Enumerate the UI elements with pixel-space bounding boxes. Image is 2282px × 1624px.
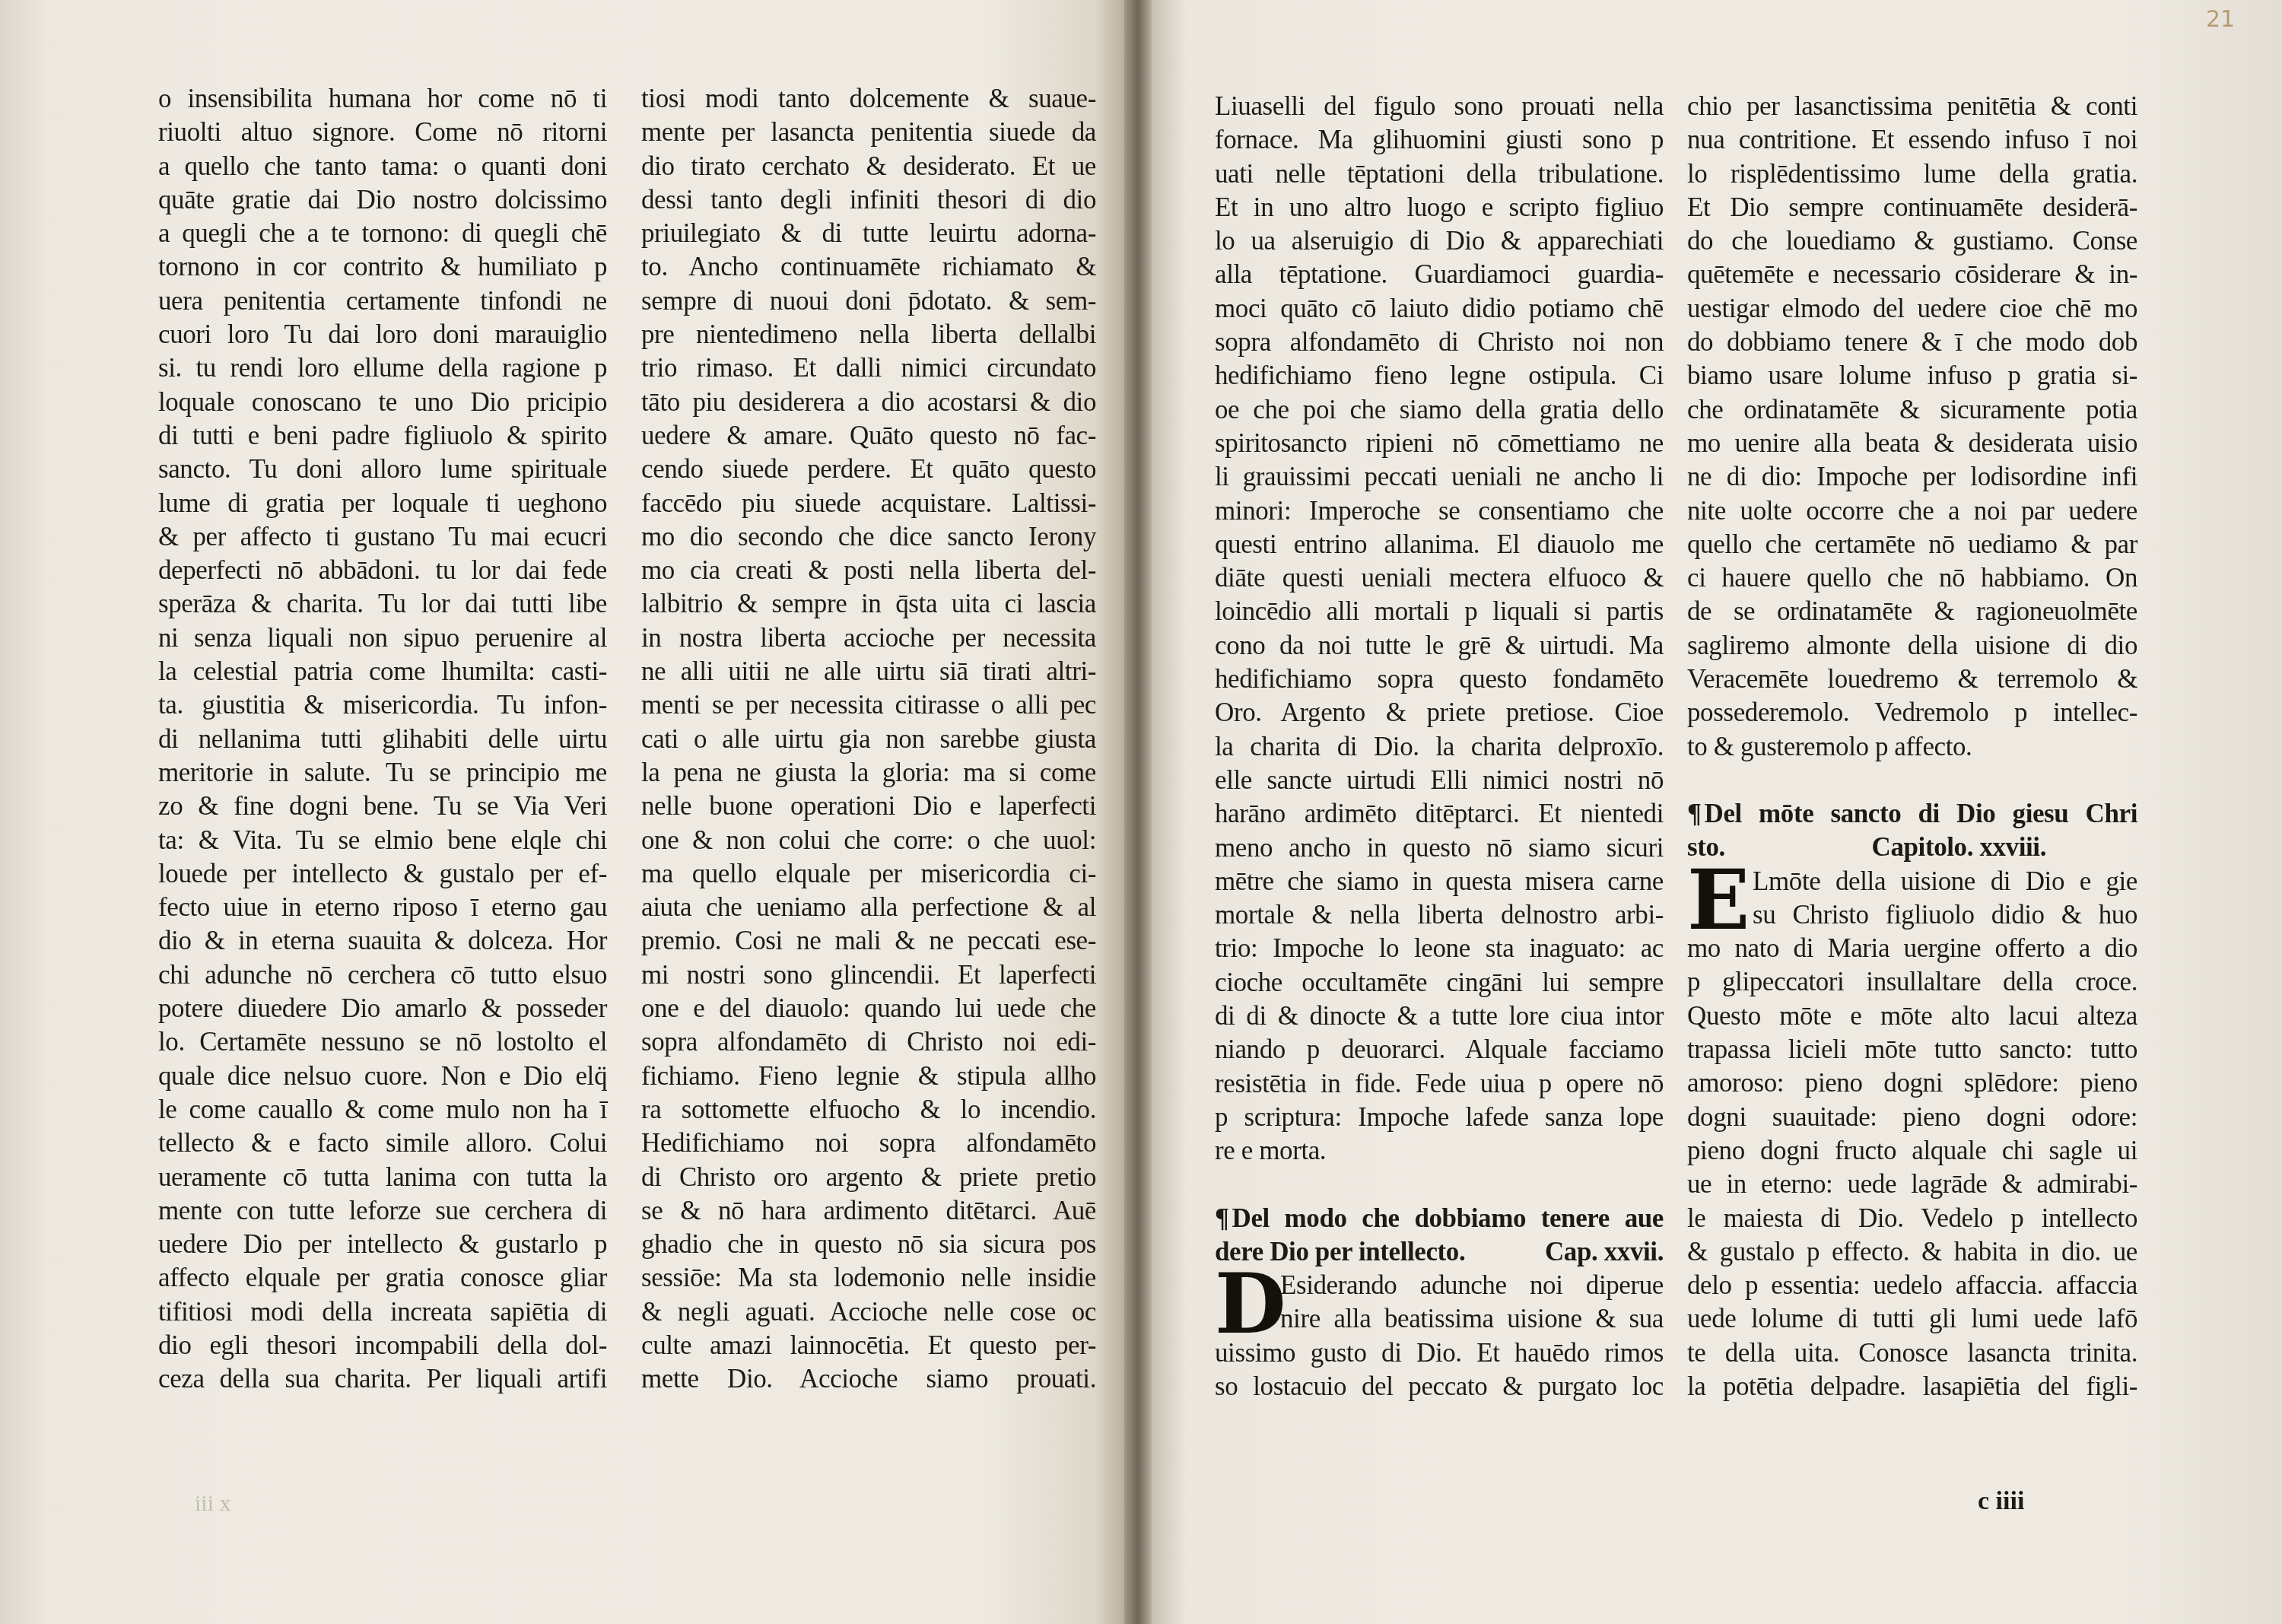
text-line: la celestial patria come lhumilta: casti… xyxy=(158,655,607,688)
text-line: uestigar elmodo del uedere cioe chē mo xyxy=(1687,292,2137,326)
chapter-number: Cap. xxvii. xyxy=(1545,1235,1664,1269)
text-line: zo & fine dogni bene. Tu se Via Veri xyxy=(158,790,607,823)
text-line: Veracemēte louedremo & terremolo & xyxy=(1687,663,2137,696)
text-line: ci hauere quello che nō habbiamo. On xyxy=(1687,561,2137,595)
text-line: & per affecto ti gustano Tu mai ecucri xyxy=(158,520,607,554)
text-line: ta: & Vita. Tu se elmio bene elqle chi xyxy=(158,824,607,857)
text-line: Oro. Argento & priete pretiose. Cioe xyxy=(1215,696,1664,729)
text-line: sopra alfondamēto di Christo noi edi- xyxy=(641,1025,1096,1059)
text-line: p glipeccatori insullaltare della croce. xyxy=(1687,965,2137,999)
text-line: o insensibilita humana hor come nō ti xyxy=(158,82,607,116)
text-line: su Christo figliuolo didio & huo xyxy=(1687,898,2137,932)
text-line: quētemēte e necessario cōsiderare & in- xyxy=(1687,258,2137,291)
right-page-column-2: chio per lasanctissima penitētia & conti… xyxy=(1687,90,2137,1403)
text-line: se & nō hara ardimento ditētarci. Auē xyxy=(641,1194,1096,1228)
text-line: cioche occultamēte cingāni lui sempre xyxy=(1215,966,1664,1000)
text-line: trapassa licieli mōte tutto sancto: tutt… xyxy=(1687,1033,2137,1066)
text-line: Liuaselli del figulo sono prouati nella xyxy=(1215,90,1664,123)
text-line: questi entrino allanima. El diauolo me xyxy=(1215,528,1664,561)
text-line: di nellanima tutti glihabiti delle uirtu xyxy=(158,723,607,756)
text-line: resistētia in fide. Fede uiua p opere nō xyxy=(1215,1067,1664,1101)
text-line: meno ancho in questo nō siamo sicuri xyxy=(1215,831,1664,865)
text-line: culte amazi lainnocētia. Et questo per- xyxy=(641,1329,1096,1362)
chapter-number: Capitolo. xxviii. xyxy=(1872,831,2046,864)
chapter-title-line: sto.Capitolo. xxviii. xyxy=(1687,831,2137,864)
text-line: aiuta che ueniamo alla perfectione & al xyxy=(641,891,1096,924)
text-line: di di & dinocte & a tutte lore ciua into… xyxy=(1215,1000,1664,1033)
paragraph-gap xyxy=(1687,764,2137,797)
text-line: la charita di Dio. la charita delproxīo. xyxy=(1215,730,1664,764)
text-line: one e del diauolo: quando lui uede che xyxy=(641,992,1096,1025)
text-line: moci quāto cō laiuto didio potiamo chē xyxy=(1215,292,1664,326)
text-line: ghadio che in questo nō sia sicura pos xyxy=(641,1228,1096,1261)
text-line: amoroso: pieno dogni splēdore: pieno xyxy=(1687,1066,2137,1100)
text-line: sopra alfondamēto di Christo noi non xyxy=(1215,326,1664,359)
text-line: mētre che siamo in questa misera carne xyxy=(1215,865,1664,898)
text-line: uati nelle tēptationi della tribulatione… xyxy=(1215,157,1664,191)
text-line: cuori loro Tu dai loro doni marauiglio xyxy=(158,318,607,351)
text-line: ma quello elquale per misericordia ci- xyxy=(641,857,1096,891)
text-line: uera penitentia certamente tinfondi ne xyxy=(158,284,607,318)
text-line: minori: Imperoche se consentiamo che xyxy=(1215,494,1664,528)
text-line: mortale & nella liberta delnostro arbi- xyxy=(1215,898,1664,932)
text-line: mo nato di Maria uergine offerto a dio xyxy=(1687,932,2137,965)
text-line: nite uolte occorre che a noi par uedere xyxy=(1687,494,2137,528)
text-line: alla tēptatione. Guardiamoci guardia- xyxy=(1215,258,1664,291)
text-line: ne di dio: Impoche per lodisordine infi xyxy=(1687,460,2137,494)
text-line: biamo usare lolume infuso p gratia si- xyxy=(1687,359,2137,392)
text-line: mo uenire alla beata & desiderata uisio xyxy=(1687,427,2137,460)
text-line: re e morta. xyxy=(1215,1134,1664,1168)
text-line: to & gusteremolo p affecto. xyxy=(1687,730,2137,764)
text-line: ni senza liquali non sipuo peruenire al xyxy=(158,621,607,655)
text-line: ta. giustitia & misericordia. Tu infon- xyxy=(158,688,607,722)
text-line: sancto. Tu doni alloro lume spirituale xyxy=(158,453,607,486)
text-line: Lmōte della uisione di Dio e gie xyxy=(1687,865,2137,898)
text-line: deperfecti nō abbādoni. tu lor dai fede xyxy=(158,554,607,587)
text-line: che ordinatamēte & sicuramente potia xyxy=(1687,393,2137,427)
text-line: & negli aguati. Accioche nelle cose oc xyxy=(641,1295,1096,1329)
text-line: dio tirato cerchato & desiderato. Et ue xyxy=(641,150,1096,183)
text-line: Et Dio sempre continuamēte desiderā- xyxy=(1687,191,2137,224)
text-line: lo ua alseruigio di Dio & apparechiati xyxy=(1215,224,1664,258)
text-line: Questo mōte e mōte alto lacui alteza xyxy=(1687,1000,2137,1033)
text-line: fornace. Ma glihuomini giusti sono p xyxy=(1215,123,1664,157)
text-line: dio egli thesori incompabili della dol- xyxy=(158,1329,607,1362)
left-page-column-1: o insensibilita humana hor come nō tiriu… xyxy=(158,82,607,1397)
text-line: a quello che tanto tama: o quanti doni xyxy=(158,150,607,183)
text-line: loquale conoscano te uno Dio pricipio xyxy=(158,386,607,419)
text-line: la potētia delpadre. lasapiētia del figl… xyxy=(1687,1370,2137,1403)
text-line: diāte questi ueniali mectera elfuoco & xyxy=(1215,561,1664,595)
text-line: so lostacuio del peccato & purgato loc xyxy=(1215,1370,1664,1403)
text-line: chi adunche nō cerchera cō tutto elsuo xyxy=(158,958,607,992)
drop-cap-initial: E xyxy=(1687,868,1746,933)
text-line: di Christo oro argento & priete pretio xyxy=(641,1161,1096,1194)
chapter-title-line: ¶Del mōte sancto di Dio giesu Chri xyxy=(1687,797,2137,831)
chapter-title-text: Del modo che dobbiamo tenere aue xyxy=(1232,1203,1664,1233)
text-line: li grauissimi peccati ueniali ne ancho l… xyxy=(1215,460,1664,494)
text-line: menti se per necessita citirasse o alli … xyxy=(641,688,1096,722)
text-line: tāto piu desiderera a dio acostarsi & di… xyxy=(641,386,1096,419)
text-line: fichiamo. Fieno legnie & stipula allho xyxy=(641,1060,1096,1093)
signature-mark: c iiii xyxy=(1978,1487,2024,1516)
text-line: do dobbiamo tenere & ī che modo dob xyxy=(1687,326,2137,359)
text-line: quale dice nelsuo cuore. Non e Dio elq̈ xyxy=(158,1060,607,1093)
text-line: cati o alle uirtu gia non sarebbe giusta xyxy=(641,723,1096,756)
text-line: lalbitrio & sempre in q̄sta uita ci lasc… xyxy=(641,587,1096,621)
text-line: niando p deuorarci. Alquale facciamo xyxy=(1215,1033,1664,1066)
text-line: trio: Impoche lo leone sta inaguato: ac xyxy=(1215,932,1664,965)
text-line: sempre di nuoui doni p̄dotato. & sem- xyxy=(641,284,1096,318)
text-line: sagliremo almonte della uisione di dio xyxy=(1687,629,2137,663)
text-line: le maiesta di Dio. Vedelo p intellecto xyxy=(1687,1202,2137,1235)
text-line: ue in eterno: uede lagrāde & admirabi- xyxy=(1687,1168,2137,1201)
text-line: le come cauallo & come mulo non ha ī xyxy=(158,1093,607,1127)
text-line: spiritosancto ripieni nō cōmettiamo ne xyxy=(1215,427,1664,460)
text-line: ueramente cō tutta lanima con tutta la xyxy=(158,1161,607,1194)
left-page: o insensibilita humana hor come nō tiriu… xyxy=(0,0,1133,1624)
text-line: tifitiosi modi della increata sapiētia d… xyxy=(158,1295,607,1329)
chapter-title-text: Del mōte sancto di Dio giesu Chri xyxy=(1705,799,2137,828)
text-line: hedifichiamo fieno legne ostipula. Ci xyxy=(1215,359,1664,392)
text-line: mo cia creati & posti nella liberta del- xyxy=(641,554,1096,587)
text-line: uedere & amare. Quāto questo nō fac- xyxy=(641,419,1096,453)
text-line: ra sottomette elfuocho & lo incendio. xyxy=(641,1093,1096,1127)
text-line: ne alli uitii ne alle uirtu siā tirati a… xyxy=(641,655,1096,688)
text-line: elle sancte uirtudi Elli nimici nostri n… xyxy=(1215,764,1664,797)
text-line: quāte gratie dai Dio nostro dolcissimo xyxy=(158,183,607,217)
text-line: hedifichiamo sopra questo fondamēto xyxy=(1215,663,1664,696)
text-line: cono da noi tutte le grē & uirtudi. Ma xyxy=(1215,629,1664,663)
chapter-body: ELmōte della uisione di Dio e giesu Chri… xyxy=(1687,865,2137,1404)
text-line: dio & in eterna suauita & dolceza. Hor xyxy=(158,924,607,958)
text-line: Et in uno altro luogo e scripto figliuo xyxy=(1215,191,1664,224)
chapter-body: DEsiderando adunche noi diperuenire alla… xyxy=(1215,1269,1664,1403)
text-line: nelle buone operationi Dio e laperfecti xyxy=(641,790,1096,823)
text-line: p scriptura: Impoche lafede sanza lope xyxy=(1215,1101,1664,1134)
text-line: pieno dogni fructo alquale chi sagle ui xyxy=(1687,1134,2137,1168)
text-line: lume di gratia per loquale ti ueghono xyxy=(158,487,607,520)
text-line: mente per lasancta penitentia siuede da xyxy=(641,116,1096,149)
chapter-heading: ¶Del mōte sancto di Dio giesu Christo.Ca… xyxy=(1687,797,2137,865)
text-line: potere diuedere Dio amarlo & posseder xyxy=(158,992,607,1025)
pilcrow-icon: ¶ xyxy=(1687,799,1702,828)
text-line: possederemolo. Vedremolo p intellec- xyxy=(1687,696,2137,729)
text-line: Hedifichiamo noi sopra alfondamēto xyxy=(641,1127,1096,1160)
text-line: chio per lasanctissima penitētia & conti xyxy=(1687,90,2137,123)
text-line: loincēdio alli mortali p liquali si part… xyxy=(1215,595,1664,628)
text-line: trio rimaso. Et dalli nimici circundato xyxy=(641,351,1096,385)
text-line: pre nientedimeno nella liberta dellalbi xyxy=(641,318,1096,351)
text-line: ceza della sua charita. Per liquali arti… xyxy=(158,1362,607,1396)
text-line: louede per intellecto & gustalo per ef- xyxy=(158,857,607,891)
text-line: tiosi modi tanto dolcemente & suaue- xyxy=(641,82,1096,116)
text-line: one & non colui che corre: o che uuol: xyxy=(641,824,1096,857)
text-line: dogni suauitade: pieno dogni odore: xyxy=(1687,1101,2137,1134)
text-line: sessiōe: Ma sta lodemonio nelle insidie xyxy=(641,1261,1096,1295)
drop-cap-initial: D xyxy=(1215,1272,1274,1337)
text-line: faccēdo piu siuede acquistare. Laltissi- xyxy=(641,487,1096,520)
left-page-column-2: tiosi modi tanto dolcemente & suaue-ment… xyxy=(641,82,1096,1397)
book-spread: 21 iii x o insensibilita humana hor come… xyxy=(0,0,2282,1624)
text-line: lo. Certamēte nessuno se nō lostolto el xyxy=(158,1025,607,1059)
text-line: priuilegiato & di tutte leuirtu adorna- xyxy=(641,217,1096,250)
chapter-title-line: ¶Del modo che dobbiamo tenere aue xyxy=(1215,1202,1664,1235)
text-line: uedere Dio per intellecto & gustarlo p xyxy=(158,1228,607,1261)
text-line: oe che poi che siamo della gratia dello xyxy=(1215,393,1664,427)
text-line: la pena ne giusta la gloria: ma si come xyxy=(641,756,1096,790)
text-line: nua contritione. Et essendo infuso ī noi xyxy=(1687,123,2137,157)
text-line: di tutti e beni padre figliuolo & spirit… xyxy=(158,419,607,453)
text-line: in nostra liberta accioche per necessita xyxy=(641,621,1096,655)
paragraph-gap xyxy=(1215,1168,1664,1202)
text-line: & gustalo p effecto. & habita in dio. ue xyxy=(1687,1235,2137,1269)
text-line: delo p essentia: uedelo affaccia. affacc… xyxy=(1687,1269,2137,1302)
pilcrow-icon: ¶ xyxy=(1215,1203,1229,1233)
text-line: dessi tanto degli infiniti thesori di di… xyxy=(641,183,1096,217)
text-line: quello che certamēte nō uediamo & par xyxy=(1687,528,2137,561)
text-line: tellecto & e facto simile alloro. Colui xyxy=(158,1127,607,1160)
text-line: do che louediamo & gustiamo. Conse xyxy=(1687,224,2137,258)
text-line: mi nostri sono glincendii. Et laperfecti xyxy=(641,958,1096,992)
text-line: affecto elquale per gratia conosce gliar xyxy=(158,1261,607,1295)
text-line: mette Dio. Accioche siamo prouati. xyxy=(641,1362,1096,1396)
text-line: sperāza & charita. Tu lor dai tutti libe xyxy=(158,587,607,621)
text-line: riuolti altuo signore. Come nō ritorni xyxy=(158,116,607,149)
text-line: te della uita. Conosce lasancta trinita. xyxy=(1687,1336,2137,1370)
text-line: mo dio secondo che dice sancto Ierony xyxy=(641,520,1096,554)
text-line: a quegli che a te tornono: di quegli chē xyxy=(158,217,607,250)
text-line: tornono in cor contrito & humiliato p xyxy=(158,250,607,284)
text-line: mente con tutte leforze sue cerchera di xyxy=(158,1194,607,1228)
text-line: harāno ardimēto ditēptarci. Et nientedi xyxy=(1215,797,1664,831)
text-line: to. Ancho continuamēte richiamato & xyxy=(641,250,1096,284)
text-line: de se ordinatamēte & ragioneuolmēte xyxy=(1687,595,2137,628)
text-line: meritorie in salute. Tu se principio me xyxy=(158,756,607,790)
text-line: fecto uiue in eterno riposo ī eterno gau xyxy=(158,891,607,924)
right-page-column-1: Liuaselli del figulo sono prouati nellaf… xyxy=(1215,90,1664,1403)
text-line: premio. Cosi ne mali & ne peccati ese- xyxy=(641,924,1096,958)
text-line: uede lolume di tutti gli lumi uede lafō xyxy=(1687,1302,2137,1336)
text-line: cendo siuede perdere. Et quāto questo xyxy=(641,453,1096,486)
text-line: si. tu rendi loro ellume della ragione p xyxy=(158,351,607,385)
text-line: lo risplēdentissimo lume della gratia. xyxy=(1687,157,2137,191)
